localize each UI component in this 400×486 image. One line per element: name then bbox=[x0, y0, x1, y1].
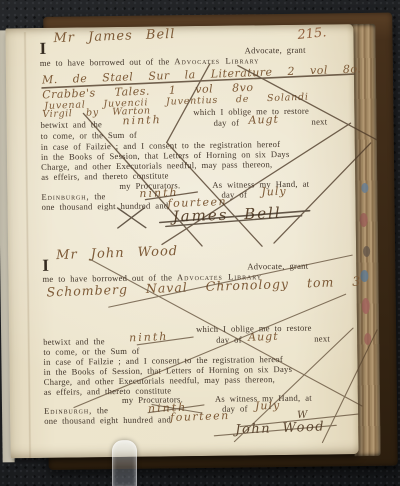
entry2-next: next bbox=[314, 334, 330, 343]
marbling-spot bbox=[360, 213, 368, 227]
entry2-sign-year: fourteen bbox=[170, 410, 230, 423]
entry2-edinburgh: Edinburgh, bbox=[44, 405, 92, 416]
entry1-restore-month: Augt bbox=[248, 114, 279, 126]
entry1-edinburgh: Edinburgh, bbox=[41, 191, 89, 202]
entry1-opening-initial: I bbox=[40, 40, 47, 57]
entry2-year-prefix: one thousand eight hundred and bbox=[44, 415, 171, 425]
marbling-spot bbox=[361, 183, 368, 193]
entry2-advocate-grant: Advocate, grant bbox=[247, 262, 308, 271]
marbling-spot bbox=[360, 270, 368, 282]
page-holder-clip bbox=[112, 440, 137, 486]
entry1-restore-day: ninth bbox=[122, 114, 162, 126]
entry2-edinburgh-line: Edinburgh, the bbox=[44, 406, 108, 415]
entry1-sign-month: July bbox=[261, 186, 287, 198]
entry2-restore-day: ninth bbox=[129, 331, 169, 343]
entry1-to-come: to come, or the Sum of bbox=[41, 131, 137, 141]
photo-of-borrowing-register: 215. I Mr James Bell Advocate, grant me … bbox=[0, 0, 400, 486]
entry1-year-prefix: one thousand eight hundred and bbox=[41, 201, 168, 211]
entry2-the: the bbox=[97, 405, 108, 415]
entry1-borrowed-text: me to have borrowed out of the bbox=[40, 56, 170, 68]
marbling-spot bbox=[363, 246, 370, 257]
entry2-betwixt: betwixt and the bbox=[43, 337, 105, 346]
folio-number: 215. bbox=[297, 25, 327, 43]
entry1-signature: James Bell bbox=[172, 206, 281, 225]
marbling-spot bbox=[364, 333, 371, 345]
entry2-sign-month: July bbox=[255, 400, 281, 412]
entry1-library-name: Advocates Library bbox=[174, 55, 259, 66]
open-book: 215. I Mr James Bell Advocate, grant me … bbox=[0, 0, 400, 486]
entry2-signature: John Wood bbox=[235, 420, 325, 436]
entry1-the: the bbox=[94, 191, 105, 201]
marbling-spot bbox=[362, 298, 370, 314]
entry2-opening-initial: I bbox=[42, 257, 49, 274]
entry2-restore-month: Augt bbox=[248, 331, 279, 343]
entry1-advocate-grant: Advocate, grant bbox=[245, 46, 306, 55]
entry1-edinburgh-line: Edinburgh, the bbox=[41, 192, 105, 201]
entry1-day-of: day of bbox=[213, 119, 239, 128]
entry2-day-of: day of bbox=[216, 335, 242, 344]
entry1-betwixt: betwixt and the bbox=[40, 120, 102, 129]
entry1-next: next bbox=[311, 117, 327, 126]
